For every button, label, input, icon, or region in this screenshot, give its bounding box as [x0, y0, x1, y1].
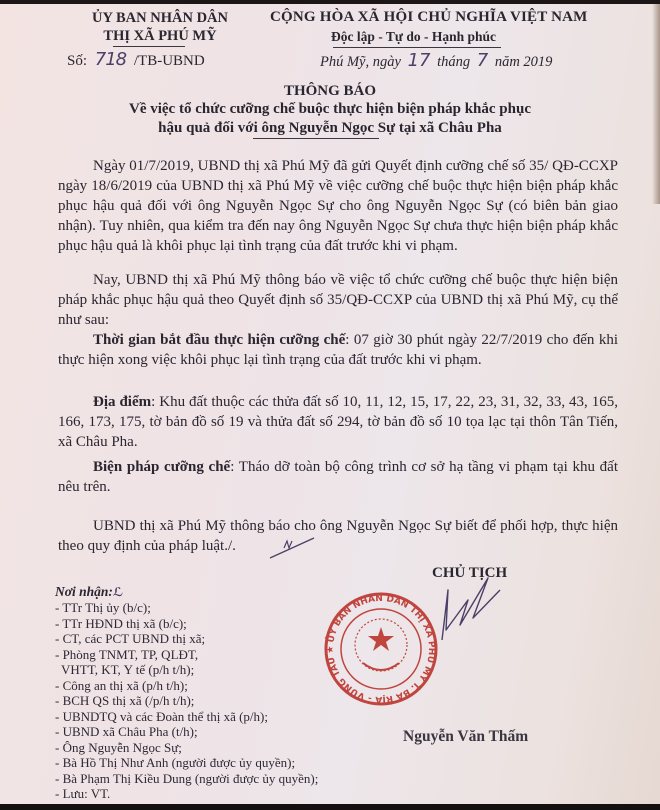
- recipients-title-text: Nơi nhận:: [55, 584, 113, 599]
- recipient-item: - Bà Phạm Thị Kiều Dung (người được ủy q…: [55, 771, 318, 787]
- recipient-item: - TTr HĐND thị xã (b/c);: [55, 616, 318, 632]
- recipient-item: - Ông Nguyễn Ngọc Sự;: [55, 740, 318, 756]
- recipients-list: - TTr Thị ủy (b/c); - TTr HĐND thị xã (b…: [55, 600, 318, 802]
- paragraph-closing: UBND thị xã Phú Mỹ thông báo cho ông Ngu…: [58, 516, 618, 556]
- date-month-handwritten: 7: [477, 50, 488, 71]
- document-title: THÔNG BÁO: [0, 83, 660, 100]
- photo-border-bottom: [0, 804, 660, 810]
- recipient-item: - CT, các PCT UBND thị xã;: [55, 631, 318, 647]
- paragraph-measure: Biện pháp cưỡng chế: Tháo dỡ toàn bộ côn…: [58, 457, 618, 497]
- recipients-title: Nơi nhận:ℒ: [55, 584, 123, 600]
- time-label: Thời gian bắt đầu thực hiện cưỡng chế: [93, 332, 345, 348]
- official-seal-icon: ỦY BAN NHÂN DÂN THỊ XÃ PHÚ MỸ T. BÀ RỊA …: [323, 591, 439, 707]
- document-number: Số: 718 /TB-UBND: [67, 49, 205, 70]
- motto-underline: [333, 47, 501, 48]
- signer-name: Nguyễn Văn Thấm: [403, 728, 528, 746]
- recipient-item: - UBNDTQ và các Đoàn thể thị xã (p/h);: [55, 709, 318, 725]
- number-prefix: Số:: [67, 53, 87, 69]
- recipient-item: VHTT, KT, Y tế (p/h t/h);: [55, 662, 318, 678]
- paragraph-time: Thời gian bắt đầu thực hiện cưỡng chế: 0…: [58, 330, 618, 370]
- issuing-org-line1: ỦY BAN NHÂN DÂN: [80, 10, 240, 27]
- measure-label: Biện pháp cưỡng chế: [93, 459, 230, 475]
- handwritten-mark: ℒ: [113, 585, 123, 599]
- recipient-item: - UBND xã Châu Pha (t/h);: [55, 724, 318, 740]
- recipient-item: - Phòng TNMT, TP, QLĐT,: [55, 647, 318, 663]
- issuing-org-line2: THỊ XÃ PHÚ MỸ: [80, 28, 240, 45]
- recipient-item: - Lưu: VT.: [55, 786, 318, 802]
- number-suffix: /TB-UBND: [134, 53, 205, 69]
- national-motto: Độc lập - Tự do - Hạnh phúc: [331, 29, 496, 45]
- recipient-item: - BCH QS thị xã (/p/h t/h);: [55, 693, 318, 709]
- initial-mark-icon: [262, 534, 322, 564]
- document-subtitle-line1: Về việc tổ chức cưỡng chế buộc thực hiện…: [0, 101, 660, 118]
- date-year: năm 2019: [495, 54, 553, 70]
- org-underline: [113, 46, 185, 47]
- document-subtitle-line2: hậu quả đối với ông Nguyễn Ngọc Sự tại x…: [0, 120, 660, 137]
- recipient-item: - Bà Hồ Thị Như Anh (người được ủy quyền…: [55, 755, 318, 771]
- recipient-item: - Công an thị xã (p/h t/h);: [55, 678, 318, 694]
- document-page: ỦY BAN NHÂN DÂN THỊ XÃ PHÚ MỸ Số: 718 /T…: [0, 4, 660, 804]
- paragraph-announcement: Nay, UBND thị xã Phú Mỹ thông báo về việ…: [58, 270, 618, 330]
- recipient-item: - TTr Thị ủy (b/c);: [55, 600, 318, 616]
- paragraph-background: Ngày 01/7/2019, UBND thị xã Phú Mỹ đã gử…: [58, 156, 618, 256]
- date-day-handwritten: 17: [408, 50, 431, 71]
- date-month-label: tháng: [437, 54, 470, 70]
- location-label: Địa điểm: [93, 394, 151, 410]
- number-value-handwritten: 718: [95, 49, 126, 70]
- national-title: CỘNG HÒA XÃ HỘI CHỦ NGHĨA VIỆT NAM: [270, 9, 660, 26]
- date-prefix: Phú Mỹ, ngày: [320, 54, 401, 70]
- issue-date: Phú Mỹ, ngày 17 tháng 7 năm 2019: [320, 50, 552, 71]
- paragraph-location: Địa điểm: Khu đất thuộc các thửa đất số …: [58, 392, 618, 452]
- subtitle-underline: [253, 138, 379, 139]
- signature-scribble-icon: [438, 570, 508, 650]
